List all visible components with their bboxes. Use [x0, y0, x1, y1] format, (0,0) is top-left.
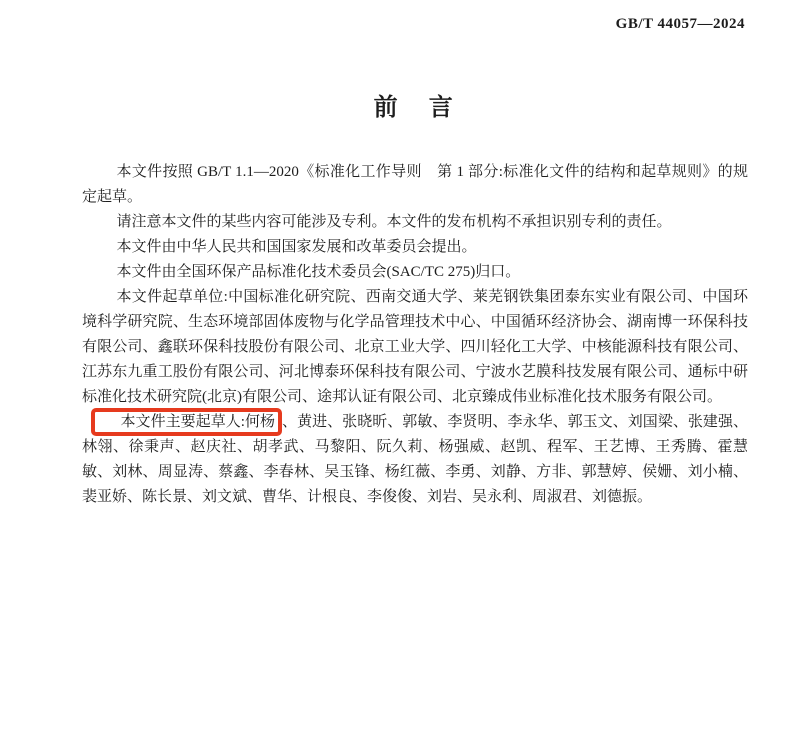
standard-code: GB/T 44057—2024 [616, 16, 745, 33]
paragraph-patent-notice: 请注意本文件的某些内容可能涉及专利。本文件的发布机构不承担识别专利的责任。 [82, 210, 748, 235]
paragraph-drafting-rules: 本文件按照 GB/T 1.1—2020《标准化工作导则 第 1 部分:标准化文件… [82, 160, 748, 210]
page-title: 前 言 [82, 87, 748, 122]
paragraph-drafting-units: 本文件起草单位:中国标准化研究院、西南交通大学、莱芜钢铁集团泰东实业有限公司、中… [82, 285, 748, 410]
paragraph-proposer: 本文件由中华人民共和国国家发展和改革委员会提出。 [82, 235, 748, 260]
annotation-highlight-box: 本文件主要起草人:何杨 [91, 408, 283, 436]
paragraph-committee: 本文件由全国环保产品标准化技术委员会(SAC/TC 275)归口。 [82, 260, 748, 285]
foreword-content: 本文件按照 GB/T 1.1—2020《标准化工作导则 第 1 部分:标准化文件… [82, 160, 748, 510]
paragraph-main-drafters: 本文件主要起草人:何杨、黄进、张晓昕、郭敏、李贤明、李永华、郭玉文、刘国梁、张建… [82, 410, 748, 510]
document-page: GB/T 44057—2024 前 言 本文件按照 GB/T 1.1—2020《… [0, 0, 812, 748]
